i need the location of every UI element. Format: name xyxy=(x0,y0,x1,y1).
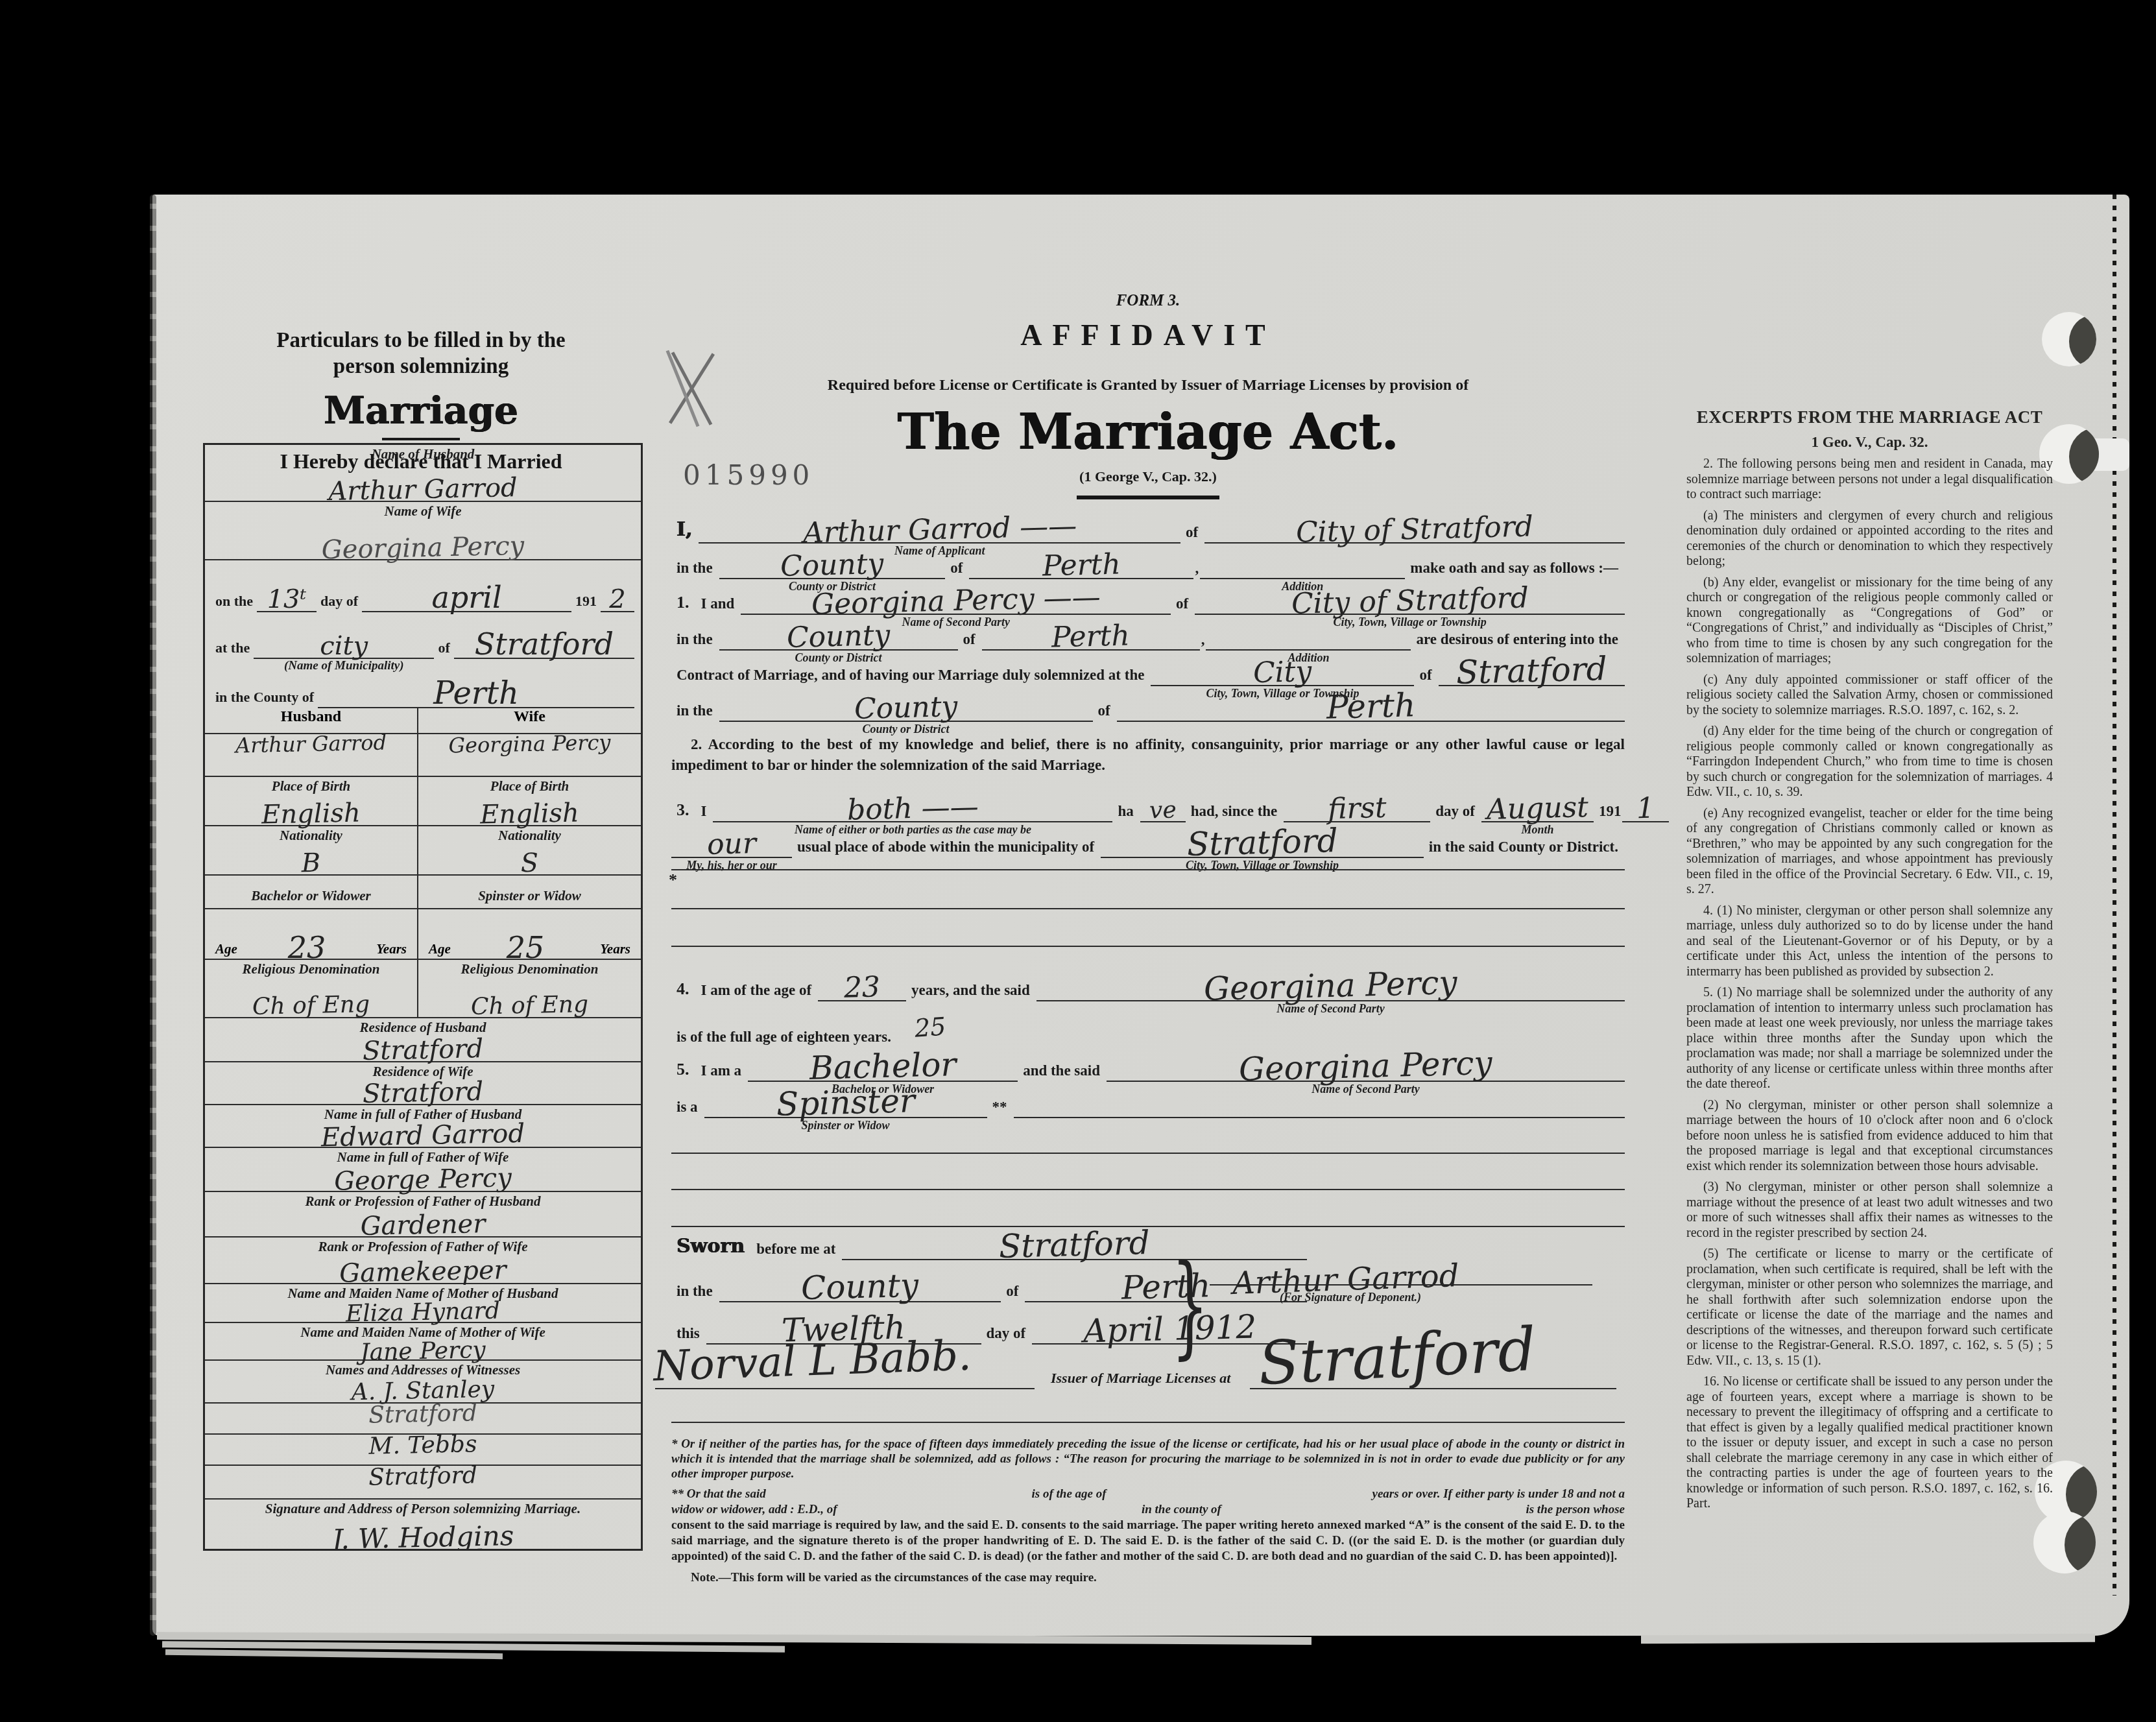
affidavit-line-county1: in the County County or District of Pert… xyxy=(671,540,1625,579)
excerpt-paragraph: 4. (1) No minister, clergyman or other p… xyxy=(1686,903,2053,980)
handwritten-bachelor: Bachelor xyxy=(809,1056,957,1077)
age-blank: 23 xyxy=(818,979,906,1001)
handwritten-april-1912: April 1912 xyxy=(1083,1319,1256,1340)
blank-line xyxy=(671,1153,1625,1154)
center-header: FORM 3. AFFIDAVIT Required before Licens… xyxy=(671,292,1625,499)
field-label: Name of Wife xyxy=(205,502,641,520)
handwritten-wife-age: 25 xyxy=(507,938,545,957)
excerpt-paragraph: (b) Any elder, evangelist or missionary … xyxy=(1686,575,2053,667)
handwritten-county: County xyxy=(801,1277,919,1297)
excerpt-paragraph: 2. The following persons being men and r… xyxy=(1686,457,2053,503)
handwritten-value: Gamekeeper xyxy=(205,1256,641,1287)
handwritten-wife-name: Georgina Percy xyxy=(418,732,641,756)
issuer-signature: Norval L Babb. xyxy=(653,1332,972,1391)
excerpt-paragraph: (e) Any recognized evangelist, teacher o… xyxy=(1686,806,2053,898)
handwritten-name-of-wife: Georgina Percy xyxy=(205,532,641,564)
status-row: Bachelor or Widower Spinster or Widow xyxy=(205,876,641,909)
handwritten-stratford: Stratford xyxy=(1186,832,1337,853)
solemnizer-label: Signature and Address of Person solemniz… xyxy=(205,1500,641,1517)
footnote-doublestar-body: consent to the said marriage is required… xyxy=(671,1518,1625,1564)
handwritten-applicant-place: City of Stratford xyxy=(1296,518,1533,542)
handwritten-witness-2-address: Stratford xyxy=(205,1461,641,1492)
spinster-blank: Spinster Spinster or Widow xyxy=(704,1094,987,1118)
field-mother-of-wife: Name and Maiden Name of Mother of Wife J… xyxy=(205,1323,641,1361)
field-father-of-husband: Name in full of Father of Husband Edward… xyxy=(205,1105,641,1148)
sworn-before-line: Sworn before me at Stratford xyxy=(671,1223,1307,1260)
county-blank: Perth xyxy=(318,685,634,708)
bachelor-cell: Bachelor or Widower xyxy=(205,876,418,908)
handwritten-name-of-husband: Arthur Garrod xyxy=(205,474,641,505)
handwritten-value: Gardener xyxy=(205,1210,641,1241)
field-label: Bachelor or Widower xyxy=(205,887,417,908)
handwritten-our: our xyxy=(707,835,757,854)
handwritten-first: first xyxy=(1328,800,1387,818)
handwritten-husband-name: Arthur Garrod xyxy=(205,732,418,756)
sworn-county-line: in the County of Perth xyxy=(671,1265,1307,1302)
printed-age-of: I am of the age of xyxy=(696,982,819,1001)
handwritten-husband-religion: Ch of Eng xyxy=(205,993,418,1020)
blank-line xyxy=(671,1189,1625,1190)
marriage-title: Marriage xyxy=(203,390,639,431)
field-father-of-wife: Name in full of Father of Wife George Pe… xyxy=(205,1148,641,1192)
fn-segment: is of the age of xyxy=(1032,1487,1107,1502)
husband-birth-cell: Place of Birth English xyxy=(205,777,418,825)
handwritten-county: County xyxy=(780,556,884,575)
issuer-place-rule xyxy=(1250,1388,1616,1389)
excerpt-paragraph: (3) No clergyman, minister or other pers… xyxy=(1686,1180,2053,1241)
excerpt-paragraph: (c) Any duly appointed commissioner or s… xyxy=(1686,673,2053,719)
field-county: in the County of Perth xyxy=(205,675,641,708)
handwritten-perth: Perth xyxy=(1051,627,1130,646)
field-label: Rank or Profession of Father of Husband xyxy=(205,1192,641,1210)
affidavit-title: AFFIDAVIT xyxy=(671,318,1625,352)
particulars-box: Name of Husband Arthur Garrod Name of Wi… xyxy=(203,443,643,1551)
handwritten-county: Perth xyxy=(433,685,519,702)
handwritten-month: april xyxy=(431,589,501,606)
act-citation: (1 George V., Cap. 32.) xyxy=(671,468,1625,485)
form-number: FORM 3. xyxy=(671,292,1625,310)
field-name-of-wife: Name of Wife Georgina Percy xyxy=(205,502,641,560)
title-rule xyxy=(382,438,460,440)
spinster-or-widow-sublabel: Spinster or Widow xyxy=(802,1119,890,1132)
field-label: Religious Denomination xyxy=(205,960,417,977)
act-rule xyxy=(1077,496,1219,499)
witnesses-row-4: Stratford xyxy=(205,1466,641,1500)
age-row: Age 23 Years Age 25 Years xyxy=(205,909,641,960)
name-of-second-party-sublabel: Name of Second Party xyxy=(1276,1002,1384,1016)
affidavit-item4: 4. I am of the age of 23 years, and the … xyxy=(671,964,1625,1001)
handwritten-perth: Perth xyxy=(1042,556,1121,575)
excerpt-paragraph: 5. (1) No marriage shall be solemnized u… xyxy=(1686,985,2053,1092)
handwritten-wife-birth: English xyxy=(418,800,641,827)
blank-line xyxy=(671,946,1625,947)
years-label: Years xyxy=(376,941,407,957)
place-of-birth-row: Place of Birth English Place of Birth En… xyxy=(205,777,641,826)
affidavit-item3-line1: 3. I both —— Name of either or both part… xyxy=(671,783,1625,822)
wife-name-cell: Georgina Percy xyxy=(418,734,641,776)
municipality-name-blank: Stratford xyxy=(454,636,634,659)
asterisk-mark: * xyxy=(669,870,677,890)
years-label: Years xyxy=(600,941,630,957)
husband-nationality-cell: Nationality B xyxy=(205,826,418,874)
excerpt-paragraph: (2) No clergyman, minister or other pers… xyxy=(1686,1098,2053,1175)
handwritten-applicant-name: Arthur Garrod —— xyxy=(802,518,1077,542)
heading-line2: person solemnizing xyxy=(203,353,639,379)
bachelor-blank: Bachelor Bachelor or Widower xyxy=(748,1058,1018,1082)
printed-years-and-said: years, and the said xyxy=(906,982,1036,1001)
our-blank: our My, his, her or our xyxy=(671,836,792,858)
age-label: Age xyxy=(215,941,237,957)
handwritten-stratford: Stratford xyxy=(1456,660,1607,681)
age-label: Age xyxy=(429,941,451,957)
field-label: Residence of Husband xyxy=(205,1018,641,1036)
county-blank: County xyxy=(719,1278,1001,1302)
fn-segment: widow or widower, add : E.D., of xyxy=(671,1502,837,1518)
excerpt-paragraph: (a) The ministers and clergymen of every… xyxy=(1686,508,2053,569)
issuer-place-signature: Stratford xyxy=(1256,1315,1537,1398)
affidavit-line-second-party: 1. I and Georgina Percy —— Name of Secon… xyxy=(671,576,1625,615)
handwritten-georgina-percy: Georgina Percy xyxy=(1239,1055,1492,1078)
field-residence-of-wife: Residence of Wife Stratford xyxy=(205,1062,641,1105)
perforation-edge xyxy=(2113,195,2116,1596)
handwritten-second-party: Georgina Percy —— xyxy=(811,589,1101,614)
printed-at-the: at the xyxy=(211,640,254,659)
solemnizer-address-row: Stratford xyxy=(205,1550,641,1551)
handwritten-value: Stratford xyxy=(205,1034,641,1066)
printed-5: 5. xyxy=(671,1060,696,1082)
handwritten-perth: Perth xyxy=(1326,697,1415,716)
field-label: Place of Birth xyxy=(205,777,417,795)
affidavit-item3-line2: our My, his, her or our usual place of a… xyxy=(671,819,1625,858)
field-label: Name in full of Father of Wife xyxy=(205,1148,641,1166)
pencil-x-mark xyxy=(662,350,721,427)
fn-segment: years or over. If either party is under … xyxy=(1372,1487,1625,1502)
wife-religion-cell: Religious Denomination Ch of Eng xyxy=(418,960,641,1017)
affidavit-item5: 5. I am a Bachelor Bachelor or Widower a… xyxy=(671,1044,1625,1082)
witnesses-label: Names and Addresses of Witnesses xyxy=(205,1361,641,1378)
printed-of: of xyxy=(1093,702,1117,722)
witnesses-row-1: Names and Addresses of Witnesses A. J. S… xyxy=(205,1361,641,1404)
blank-line xyxy=(671,908,1625,909)
footnote-doublestar-row2: widow or widower, add : E.D., of in the … xyxy=(671,1502,1625,1518)
printed-in-said-county: in the said County or District. xyxy=(1424,839,1625,858)
field-label: Name of Husband xyxy=(205,445,641,462)
abode-place-blank: Stratford City, Town, Village or Townshi… xyxy=(1101,834,1424,858)
serial-number-stamp: 015990 xyxy=(683,459,814,491)
issuer-signature-rule xyxy=(655,1388,1035,1389)
county-blank: County County or District xyxy=(719,700,1093,722)
excerpt-paragraph: (5) The certificate or license to marry … xyxy=(1686,1247,2053,1369)
husband-header: Husband xyxy=(205,708,417,728)
handwritten-spinster: Spinster xyxy=(776,1092,915,1113)
footnotes: * Or if neither of the parties has, for … xyxy=(671,1437,1625,1585)
footnote-star: * Or if neither of the parties has, for … xyxy=(671,1437,1625,1481)
handwritten-wife-religion: Ch of Eng xyxy=(418,992,641,1019)
printed-usual-place: usual place of abode within the municipa… xyxy=(792,839,1101,858)
handwritten-county: County xyxy=(787,627,891,647)
handwritten-august: August xyxy=(1487,799,1589,819)
handwritten-county: County xyxy=(854,699,958,718)
municipality-blank: city (Name of Municipality) xyxy=(254,638,434,659)
handwritten-day: 13ᵗ xyxy=(267,591,307,608)
field-label: Rank or Profession of Father of Wife xyxy=(205,1238,641,1255)
year-blank: 1 xyxy=(1622,800,1669,822)
field-municipality: at the city (Name of Municipality) of St… xyxy=(205,612,641,659)
printed-day-of: day of xyxy=(317,593,362,612)
affidavit-paragraph-2: 2. According to the best of my knowledge… xyxy=(671,734,1625,776)
excerpt-paragraph: (d) Any elder for the time being of the … xyxy=(1686,724,2053,800)
printed-before-me-at: before me at xyxy=(751,1241,842,1260)
field-label: Spinster or Widow xyxy=(418,887,641,908)
field-name-of-husband: Name of Husband Arthur Garrod xyxy=(205,445,641,502)
handwritten-value: George Percy xyxy=(205,1164,641,1195)
year-blank: 2 xyxy=(601,591,634,612)
affidavit-line-county2: in the County County or District of Pert… xyxy=(671,612,1625,651)
handwritten-25: 25 xyxy=(913,1012,946,1042)
brace-glyph: } xyxy=(1171,1242,1208,1369)
printed-in-the: in the xyxy=(671,702,719,722)
handwritten-value: Edward Garrod xyxy=(205,1120,641,1151)
husband-age-cell: Age 23 Years xyxy=(205,909,418,959)
wife-header-cell: Wife xyxy=(418,708,641,733)
handwritten-year-digit: 2 xyxy=(609,591,625,608)
handwritten-husband-age: 23 xyxy=(288,938,326,957)
excerpt-paragraph: 16. No license or certificate shall be i… xyxy=(1686,1374,2053,1512)
printed-is-a: is a xyxy=(671,1099,704,1118)
solemnizer-signature-row: Signature and Address of Person solemniz… xyxy=(205,1500,641,1550)
handwritten-ve: ve xyxy=(1149,802,1177,819)
handwritten-witness-1-address: Stratford xyxy=(205,1399,641,1430)
handwritten-city: City xyxy=(1253,664,1312,682)
for-signature-of-deponent-sublabel: (For Signature of Deponent.) xyxy=(1280,1291,1421,1304)
fn-segment: is the person whose xyxy=(1526,1502,1625,1518)
husband-header-cell: Husband xyxy=(205,708,418,733)
field-mother-of-husband: Name and Maiden Name of Mother of Husban… xyxy=(205,1284,641,1323)
issuer-of-licenses-label: Issuer of Marriage Licenses at xyxy=(1051,1370,1230,1387)
field-rank-father-of-wife: Rank or Profession of Father of Wife Gam… xyxy=(205,1238,641,1284)
husband-name-cell: Arthur Garrod xyxy=(205,734,418,776)
affidavit-line-county3: in the County County or District of Pert… xyxy=(671,683,1625,722)
month-blank: april xyxy=(362,589,571,612)
husband-religion-cell: Religious Denomination Ch of Eng xyxy=(205,960,418,1017)
field-rank-father-of-husband: Rank or Profession of Father of Husband … xyxy=(205,1192,641,1238)
wife-nationality-cell: Nationality S xyxy=(418,826,641,874)
handwritten-value: Stratford xyxy=(205,1077,641,1108)
second-party-name-blank: Georgina Percy Name of Second Party xyxy=(1107,1058,1625,1082)
printed-4: 4. xyxy=(671,979,696,1001)
printed-of: of xyxy=(434,640,453,659)
punch-hole xyxy=(2033,1511,2096,1573)
second-party-name-blank: Georgina Percy Name of Second Party xyxy=(1036,977,1625,1001)
printed-in-county-of: in the County of xyxy=(211,689,318,708)
handwritten-second-party-place: City of Stratford xyxy=(1291,590,1528,613)
field-label: Nationality xyxy=(205,826,417,844)
scanned-marriage-affidavit: { "scan": { "serial": "015990", "left": … xyxy=(0,0,2156,1722)
sworn-place-blank: Stratford xyxy=(842,1236,1307,1260)
handwritten-husband-nationality: B xyxy=(205,850,418,877)
municipality-sublabel: (Name of Municipality) xyxy=(284,659,404,673)
day-blank: 13ᵗ xyxy=(257,591,317,612)
fn-segment: in the county of xyxy=(1142,1502,1221,1518)
handwritten-georgina-percy: Georgina Percy xyxy=(1204,974,1457,998)
handwritten-city: city xyxy=(320,638,368,654)
field-marriage-date: on the 13ᵗ day of april 191 2 xyxy=(205,560,641,612)
field-label: Religious Denomination xyxy=(418,960,641,977)
stacked-sheet-edge xyxy=(1641,1634,2095,1644)
nationality-row: Nationality B Nationality S xyxy=(205,826,641,876)
handwritten-husband-birth: English xyxy=(205,801,418,828)
printed-day-of: day of xyxy=(981,1325,1033,1345)
printed-double-asterisk: ** xyxy=(987,1099,1014,1118)
punch-hole xyxy=(2042,312,2096,366)
affidavit-line-solemnized-at: Contract of Marriage, and of having our … xyxy=(671,647,1625,686)
handwritten-stratford: Stratford xyxy=(999,1234,1150,1255)
field-label: Name in full of Father of Husband xyxy=(205,1105,641,1123)
printed-on-the: on the xyxy=(211,593,257,612)
deponent-signature-rule xyxy=(1210,1284,1592,1286)
religion-row: Religious Denomination Ch of Eng Religio… xyxy=(205,960,641,1018)
handwritten-witness-2: M. Tebbs xyxy=(205,1430,641,1461)
stacked-sheet-edge xyxy=(165,1649,503,1659)
field-label: Residence of Wife xyxy=(205,1062,641,1080)
witnesses-row-3: M. Tebbs xyxy=(205,1435,641,1466)
handwritten-both: both —— xyxy=(847,798,979,819)
wife-birth-cell: Place of Birth English xyxy=(418,777,641,825)
printed-191: 191 xyxy=(571,593,601,612)
footnote-note: Note.—This form will be varied as the ci… xyxy=(671,1571,1625,1585)
excerpts-title: EXCERPTS FROM THE MARRIAGE ACT xyxy=(1686,407,2053,427)
heading-line1: Particulars to be filled in by the xyxy=(203,328,639,353)
fn-segment: ** Or that the said xyxy=(671,1487,766,1502)
printed-in-the: in the xyxy=(671,1283,719,1302)
excerpts-column: EXCERPTS FROM THE MARRIAGE ACT 1 Geo. V.… xyxy=(1686,407,2053,1512)
field-label: Place of Birth xyxy=(418,777,641,795)
affidavit-line-applicant: I, Arthur Garrod —— Name of Applicant of… xyxy=(671,505,1625,544)
field-residence-of-husband: Residence of Husband Stratford xyxy=(205,1018,641,1062)
is-a-spinster-line: is a Spinster Spinster or Widow ** xyxy=(671,1081,1625,1118)
act-title: The Marriage Act. xyxy=(671,405,1625,459)
excerpts-citation: 1 Geo. V., Cap. 32. xyxy=(1686,434,2053,451)
printed-and-the-said: and the said xyxy=(1018,1062,1107,1082)
printed-of: of xyxy=(1001,1283,1025,1302)
printed-i-am-a: I am a xyxy=(696,1062,749,1082)
names-row: Arthur Garrod Georgina Percy xyxy=(205,734,641,777)
handwritten-age-23: 23 xyxy=(844,979,881,996)
footnote-doublestar-row1: ** Or that the said is of the age of yea… xyxy=(671,1487,1625,1502)
document-page: Particulars to be filled in by the perso… xyxy=(152,195,2129,1636)
handwritten-stratford: Stratford xyxy=(475,636,614,652)
printed-sworn: Sworn xyxy=(671,1235,751,1260)
handwritten-year-digit: 1 xyxy=(1636,800,1655,818)
blank-line xyxy=(671,1422,1625,1423)
witnesses-row-2: Stratford xyxy=(205,1404,641,1435)
affidavit-subtitle: Required before License or Certificate i… xyxy=(671,377,1625,394)
field-label: Nationality xyxy=(418,826,641,844)
perth-blank: Perth xyxy=(1117,698,1625,722)
blank-line xyxy=(671,869,1625,870)
spinster-cell: Spinster or Widow xyxy=(418,876,641,908)
empty-blank xyxy=(1014,1117,1625,1118)
wife-header: Wife xyxy=(418,708,641,728)
handwritten-wife-nationality: S xyxy=(418,850,641,876)
wife-age-cell: Age 25 Years xyxy=(418,909,641,959)
